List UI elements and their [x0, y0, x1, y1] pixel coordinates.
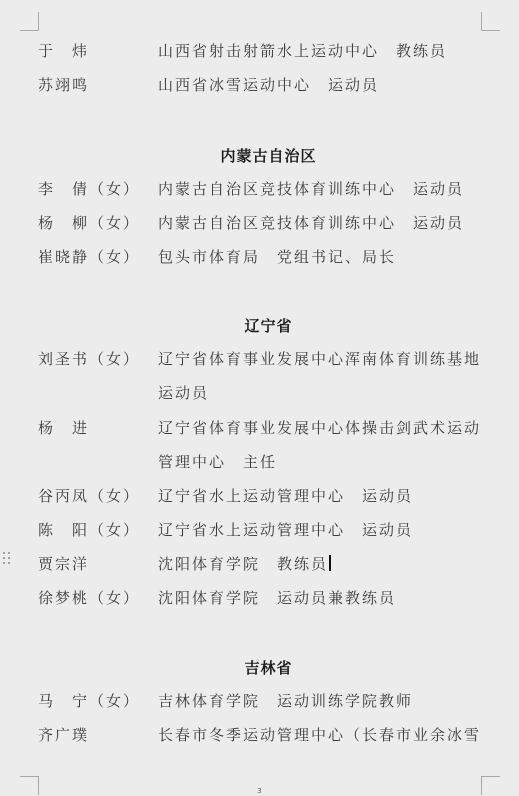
person-name: 谷丙凤（女） [38, 486, 140, 506]
person-affiliation: 内蒙古自治区竞技体育训练中心 运动员 [158, 213, 464, 233]
drag-handle-icon[interactable] [3, 552, 11, 566]
person-name: 于 炜 [38, 41, 89, 61]
section-heading-jilin: 吉林省 [0, 657, 519, 678]
person-affiliation-continued: 管理中心 主任 [158, 452, 277, 472]
section-heading-liaoning: 辽宁省 [0, 315, 519, 336]
person-name: 刘圣书（女） [38, 349, 140, 369]
person-affiliation: 辽宁省水上运动管理中心 运动员 [158, 520, 413, 540]
person-affiliation: 沈阳体育学院 运动员兼教练员 [158, 588, 396, 608]
person-name: 李 倩（女） [38, 179, 140, 199]
person-affiliation: 辽宁省水上运动管理中心 运动员 [158, 486, 413, 506]
person-affiliation: 辽宁省体育事业发展中心体操击剑武术运动 [158, 418, 481, 438]
section-heading-inner-mongolia: 内蒙古自治区 [0, 145, 519, 166]
person-affiliation: 山西省射击射箭水上运动中心 教练员 [158, 41, 447, 61]
person-name: 徐梦桃（女） [38, 588, 140, 608]
person-affiliation: 吉林体育学院 运动训练学院教师 [158, 691, 413, 711]
page-corner-mark-top-left [20, 12, 39, 31]
person-name: 马 宁（女） [38, 691, 140, 711]
person-name: 杨 进 [38, 418, 89, 438]
text-cursor [329, 555, 331, 571]
person-name: 崔晓静（女） [38, 247, 140, 267]
person-name: 齐广璞 [38, 725, 89, 745]
person-affiliation-text: 沈阳体育学院 教练员 [158, 555, 328, 573]
person-affiliation: 内蒙古自治区竞技体育训练中心 运动员 [158, 179, 464, 199]
person-name: 杨 柳（女） [38, 213, 140, 233]
person-name: 陈 阳（女） [38, 520, 140, 540]
person-affiliation: 辽宁省体育事业发展中心浑南体育训练基地 [158, 349, 481, 369]
person-affiliation: 长春市冬季运动管理中心（长春市业余冰雪 [158, 725, 481, 745]
person-name: 贾宗洋 [38, 554, 89, 574]
person-affiliation: 包头市体育局 党组书记、局长 [158, 247, 396, 267]
person-name: 苏翊鸣 [38, 75, 89, 95]
page-corner-mark-top-right [481, 12, 500, 31]
person-affiliation: 沈阳体育学院 教练员 [158, 554, 331, 574]
person-affiliation: 山西省冰雪运动中心 运动员 [158, 75, 379, 95]
person-affiliation-continued: 运动员 [158, 383, 209, 403]
page-number: 3 [0, 787, 519, 795]
